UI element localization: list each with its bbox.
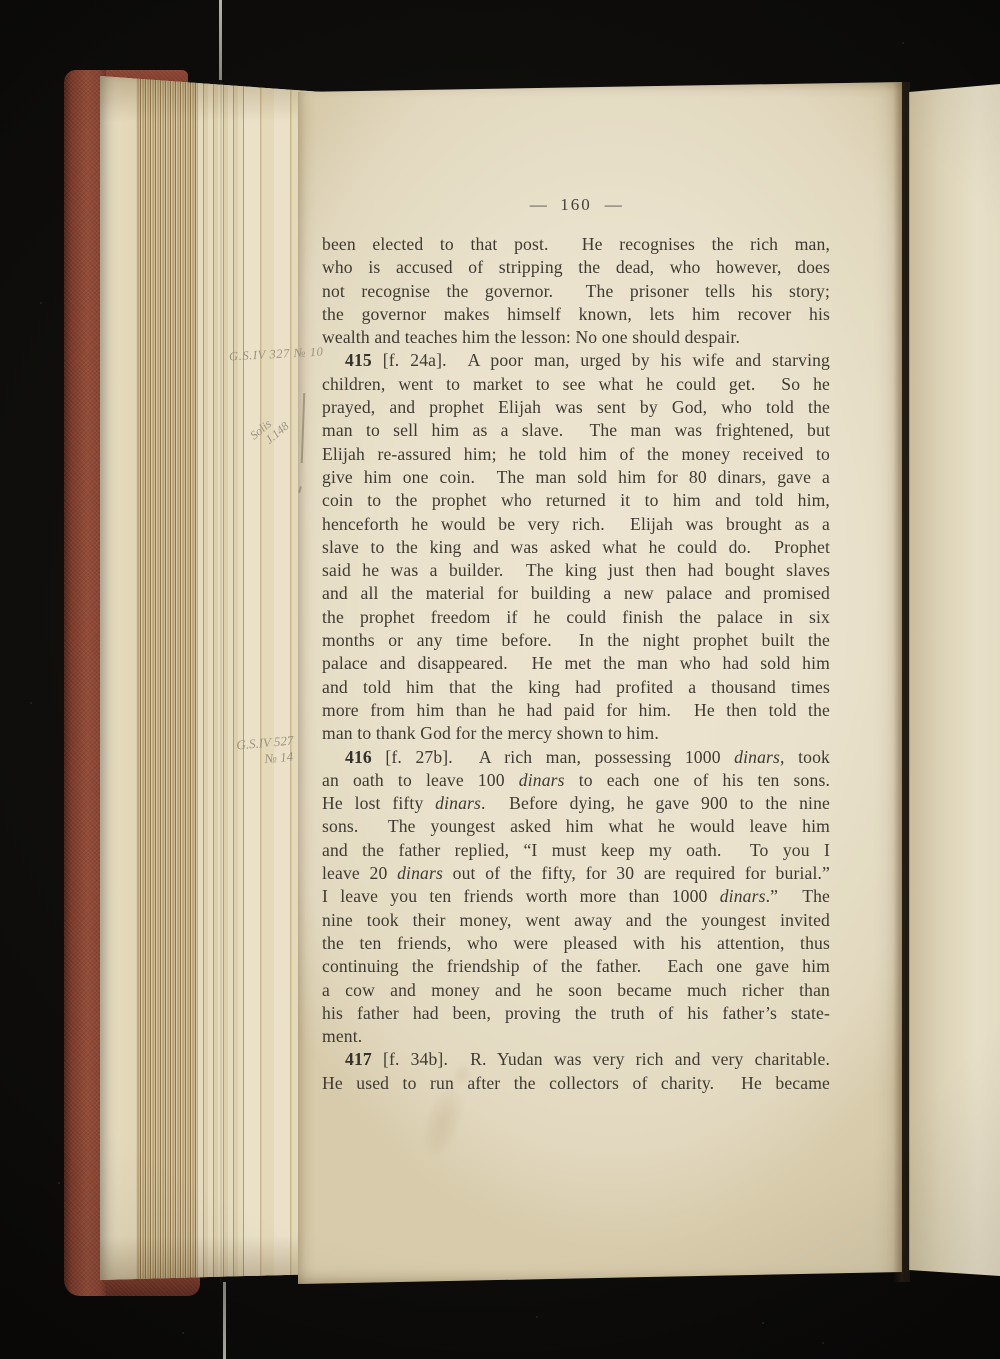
text-line: not recognise the governor. The prisoner…	[322, 280, 830, 303]
text-segment: and the father replied, “I must keep my …	[322, 840, 830, 860]
book-photograph: —160— been elected to that post. He reco…	[0, 0, 1000, 1359]
text-segment: who is accused of stripping the dead, wh…	[322, 257, 830, 277]
text-line-content: 417 [f. 34b]. R. Yudan was very rich and…	[345, 1049, 830, 1069]
text-block: been elected to that post. He recognises…	[322, 233, 830, 1095]
text-line-content: months or any time before. In the night …	[322, 630, 830, 650]
text-segment: sons. The youngest asked him what he wou…	[322, 816, 830, 836]
text-segment: man to thank God for the mercy shown to …	[322, 723, 659, 743]
text-line-content: nine took their money, went away and the…	[322, 910, 830, 930]
text-line: who is accused of stripping the dead, wh…	[322, 256, 830, 279]
text-line-content: and all the material for building a new …	[322, 583, 830, 603]
cradle-thread-over-page	[220, 80, 222, 1282]
text-segment: .” The	[766, 886, 830, 906]
text-line-content: coin to the prophet who returned it to h…	[322, 490, 830, 510]
text-segment: palace and disappeared. He met the man w…	[322, 653, 830, 673]
text-segment: leave 20	[322, 863, 397, 883]
page-gutter-shadow	[893, 82, 910, 1282]
text-line-content: slave to the king and was asked what he …	[322, 537, 830, 557]
text-line: wealth and teaches him the lesson: No on…	[322, 326, 830, 349]
header-dash-right: —	[605, 195, 623, 214]
text-segment: He used to run after the collectors of c…	[322, 1073, 830, 1093]
text-line: the ten friends, who were pleased with h…	[322, 932, 830, 955]
exemplum-number: 416	[345, 747, 385, 767]
dust-specks	[0, 0, 2, 2]
text-line: nine took their money, went away and the…	[322, 909, 830, 932]
text-line: 415 [f. 24a]. A poor man, urged by his w…	[322, 349, 830, 372]
text-line: give him one coin. The man sold him for …	[322, 466, 830, 489]
page-header: —160—	[322, 195, 830, 215]
text-line: sons. The youngest asked him what he wou…	[322, 815, 830, 838]
text-line-content: leave 20 dinars out of the fifty, for 30…	[322, 863, 830, 883]
text-segment: Elijah re-assured him; he told him of th…	[322, 444, 830, 464]
text-line-content: an oath to leave 100 dinars to each one …	[322, 770, 830, 790]
text-line: prayed, and prophet Elijah was sent by G…	[322, 396, 830, 419]
text-segment: continuing the friendship of the father.…	[322, 956, 830, 976]
book-cover-spine-edge	[64, 70, 106, 1296]
text-segment: I leave you ten friends worth more than …	[322, 886, 720, 906]
text-segment: and told him that the king had profited …	[322, 677, 830, 697]
text-line: months or any time before. In the night …	[322, 629, 830, 652]
text-line: been elected to that post. He recognises…	[322, 233, 830, 256]
text-line: a cow and money and he soon became much …	[322, 979, 830, 1002]
text-line: 416 [f. 27b]. A rich man, possessing 100…	[322, 746, 830, 769]
page-number: 160	[560, 195, 592, 214]
text-line: coin to the prophet who returned it to h…	[322, 489, 830, 512]
text-line: and the father replied, “I must keep my …	[322, 839, 830, 862]
cradle-thread-top	[219, 0, 222, 80]
exemplum-number: 415	[345, 350, 383, 370]
text-line: palace and disappeared. He met the man w…	[322, 652, 830, 675]
text-line: an oath to leave 100 dinars to each one …	[322, 769, 830, 792]
text-segment: the governor makes himself known, lets h…	[322, 304, 830, 324]
text-line-content: not recognise the governor. The prisoner…	[322, 281, 830, 301]
text-line: continuing the friendship of the father.…	[322, 955, 830, 978]
text-segment: prayed, and prophet Elijah was sent by G…	[322, 397, 830, 417]
text-segment: ment.	[322, 1026, 362, 1046]
text-segment: months or any time before. In the night …	[322, 630, 830, 650]
text-line: He used to run after the collectors of c…	[322, 1072, 830, 1095]
text-line-content: wealth and teaches him the lesson: No on…	[322, 327, 740, 347]
text-line: said he was a builder. The king just the…	[322, 559, 830, 582]
text-segment: dinars	[435, 793, 481, 813]
text-segment: nine took their money, went away and the…	[322, 910, 830, 930]
text-line: more from him than he had paid for him. …	[322, 699, 830, 722]
text-segment: been elected to that post. He recognises…	[322, 234, 830, 254]
text-line-content: been elected to that post. He recognises…	[322, 234, 830, 254]
text-segment: the ten friends, who were pleased with h…	[322, 933, 830, 953]
text-line: 417 [f. 34b]. R. Yudan was very rich and…	[322, 1048, 830, 1071]
text-segment: an oath to leave 100	[322, 770, 519, 790]
header-dash-left: —	[530, 195, 548, 214]
text-line-content: He lost fifty dinars. Before dying, he g…	[322, 793, 830, 813]
text-line-content: sons. The youngest asked him what he wou…	[322, 816, 830, 836]
text-line-content: 416 [f. 27b]. A rich man, possessing 100…	[345, 747, 830, 767]
text-segment: henceforth he would be very rich. Elijah…	[322, 514, 830, 534]
text-line-content: man to sell him as a slave. The man was …	[322, 420, 830, 440]
text-line: I leave you ten friends worth more than …	[322, 885, 830, 908]
text-segment: He lost fifty	[322, 793, 435, 813]
text-line: and all the material for building a new …	[322, 582, 830, 605]
margin-note-pencil-3: G.S.IV 527 № 14	[236, 733, 296, 770]
text-line: ment.	[322, 1025, 830, 1048]
fanned-page-edges	[100, 76, 322, 1282]
text-line: Elijah re-assured him; he told him of th…	[322, 443, 830, 466]
text-line: man to thank God for the mercy shown to …	[322, 722, 830, 745]
facing-page	[909, 84, 1000, 1280]
text-line-content: who is accused of stripping the dead, wh…	[322, 257, 830, 277]
text-line-content: palace and disappeared. He met the man w…	[322, 653, 830, 673]
text-segment: coin to the prophet who returned it to h…	[322, 490, 830, 510]
text-line-content: prayed, and prophet Elijah was sent by G…	[322, 397, 830, 417]
text-line-content: a cow and money and he soon became much …	[322, 980, 830, 1000]
text-line-content: more from him than he had paid for him. …	[322, 700, 830, 720]
text-line-content: ment.	[322, 1026, 362, 1046]
text-segment: dinars	[734, 747, 780, 767]
text-segment: out of the fifty, for 30 are required fo…	[443, 863, 830, 883]
text-line: and told him that the king had profited …	[322, 676, 830, 699]
cradle-thread-bottom	[223, 1282, 226, 1359]
text-line-content: said he was a builder. The king just the…	[322, 560, 830, 580]
text-segment: a cow and money and he soon became much …	[322, 980, 830, 1000]
text-line: leave 20 dinars out of the fifty, for 30…	[322, 862, 830, 885]
text-segment: said he was a builder. The king just the…	[322, 560, 830, 580]
text-line-content: He used to run after the collectors of c…	[322, 1073, 830, 1093]
text-line-content: Elijah re-assured him; he told him of th…	[322, 444, 830, 464]
text-line: slave to the king and was asked what he …	[322, 536, 830, 559]
text-line-content: his father had been, proving the truth o…	[322, 1003, 830, 1023]
text-segment: and all the material for building a new …	[322, 583, 830, 603]
text-segment: dinars	[519, 770, 565, 790]
text-segment: more from him than he had paid for him. …	[322, 700, 830, 720]
text-line-content: 415 [f. 24a]. A poor man, urged by his w…	[345, 350, 830, 370]
text-line: the governor makes himself known, lets h…	[322, 303, 830, 326]
text-segment: children, went to market to see what he …	[322, 374, 830, 394]
text-line-content: the prophet freedom if he could finish t…	[322, 607, 830, 627]
margin-note-line: № 14	[264, 749, 295, 768]
text-line: man to sell him as a slave. The man was …	[322, 419, 830, 442]
text-segment: wealth and teaches him the lesson: No on…	[322, 327, 740, 347]
text-segment: . Before dying, he gave 900 to the nine	[481, 793, 830, 813]
text-segment: the prophet freedom if he could finish t…	[322, 607, 830, 627]
text-segment: give him one coin. The man sold him for …	[322, 467, 830, 487]
text-line-content: henceforth he would be very rich. Elijah…	[322, 514, 830, 534]
text-segment: [f. 24a]. A poor man, urged by his wife …	[383, 350, 830, 370]
text-segment: dinars	[720, 886, 766, 906]
text-line-content: the governor makes himself known, lets h…	[322, 304, 830, 324]
exemplum-number: 417	[345, 1049, 383, 1069]
text-line-content: the ten friends, who were pleased with h…	[322, 933, 830, 953]
text-line: henceforth he would be very rich. Elijah…	[322, 513, 830, 536]
text-segment: , took	[780, 747, 830, 767]
text-segment: his father had been, proving the truth o…	[322, 1003, 830, 1023]
text-segment: not recognise the governor. The prisoner…	[322, 281, 830, 301]
text-line-content: man to thank God for the mercy shown to …	[322, 723, 659, 743]
text-segment: slave to the king and was asked what he …	[322, 537, 830, 557]
text-line-content: give him one coin. The man sold him for …	[322, 467, 830, 487]
text-line-content: I leave you ten friends worth more than …	[322, 886, 830, 906]
text-line-content: children, went to market to see what he …	[322, 374, 830, 394]
text-segment: dinars	[397, 863, 443, 883]
text-line-content: and the father replied, “I must keep my …	[322, 840, 830, 860]
text-line-content: continuing the friendship of the father.…	[322, 956, 830, 976]
text-line: children, went to market to see what he …	[322, 373, 830, 396]
text-line: the prophet freedom if he could finish t…	[322, 606, 830, 629]
text-line: his father had been, proving the truth o…	[322, 1002, 830, 1025]
text-segment: [f. 27b]. A rich man, possessing 1000	[385, 747, 734, 767]
text-line: He lost fifty dinars. Before dying, he g…	[322, 792, 830, 815]
text-segment: man to sell him as a slave. The man was …	[322, 420, 830, 440]
text-segment: to each one of his ten sons.	[565, 770, 830, 790]
text-line-content: and told him that the king had profited …	[322, 677, 830, 697]
